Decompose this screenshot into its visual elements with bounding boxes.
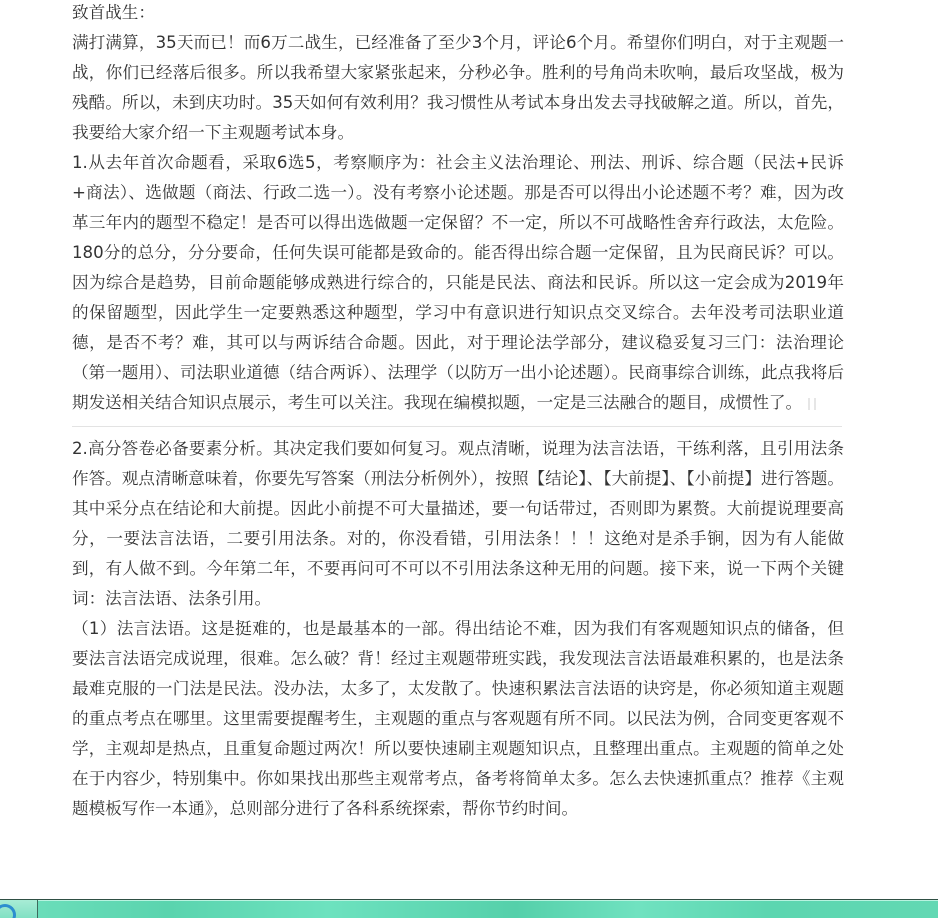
- intro-paragraph: 满打满算，35天而已！而6万二战生，已经准备了至少3个月，评论6个月。希望你们明…: [72, 28, 844, 148]
- greeting-line: 致首战生：: [72, 0, 844, 28]
- page-break-marker-icon: [808, 398, 816, 410]
- point-2-1-paragraph: （1）法言法语。这是挺难的，也是最基本的一部。得出结论不难，因为我们有客观题知识…: [72, 614, 844, 824]
- section-divider: [72, 426, 842, 427]
- windows-start-orb-icon: [0, 904, 16, 918]
- start-button[interactable]: [0, 900, 38, 918]
- article-body: 致首战生： 满打满算，35天而已！而6万二战生，已经准备了至少3个月，评论6个月…: [72, 0, 844, 824]
- point-1-text: 1.从去年首次命题看，采取6选5，考察顺序为：社会主义法治理论、刑法、刑诉、综合…: [72, 153, 844, 412]
- point-2-paragraph: 2.高分答卷必备要素分析。其决定我们要如何复习。观点清晰，说理为法言法语，干练利…: [72, 434, 844, 614]
- taskbar: [0, 899, 938, 918]
- point-1-paragraph: 1.从去年首次命题看，采取6选5，考察顺序为：社会主义法治理论、刑法、刑诉、综合…: [72, 148, 844, 418]
